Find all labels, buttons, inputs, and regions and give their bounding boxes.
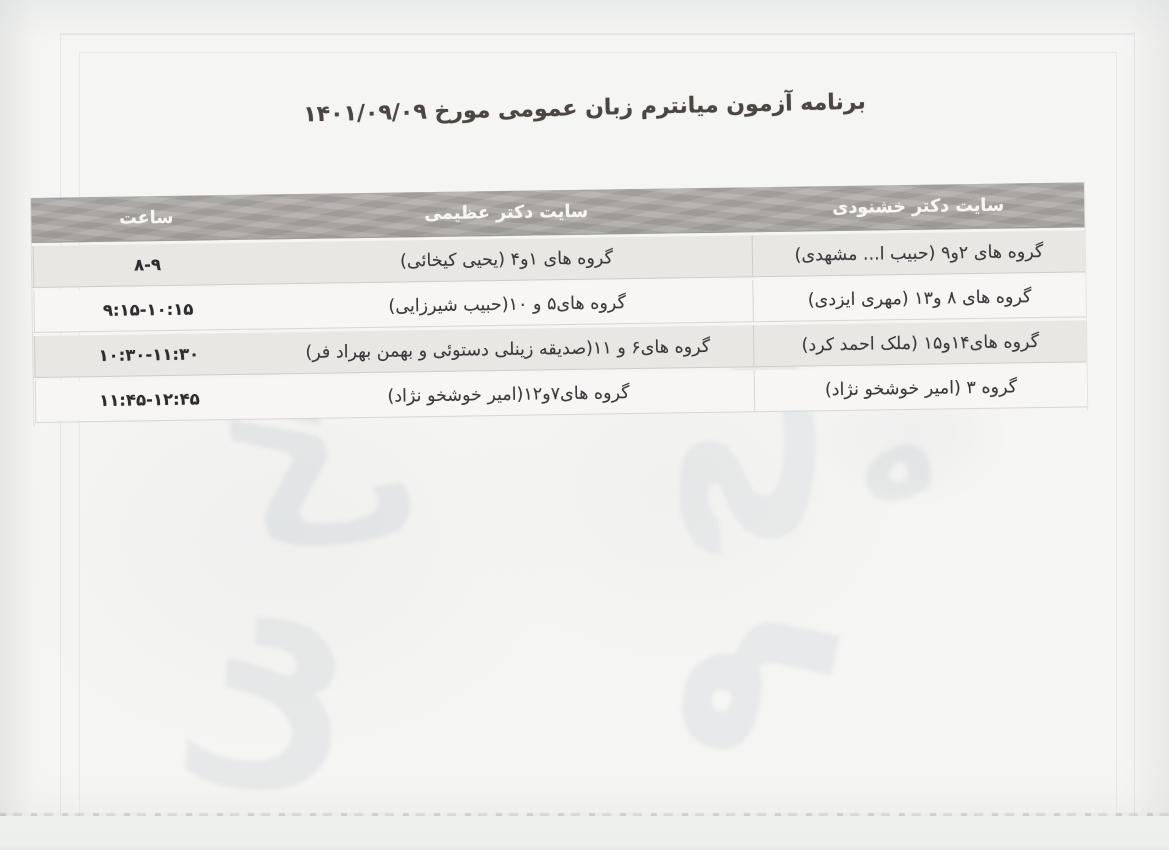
azimi-groups-cell: گروه های۵ و ۱۰(حبیب شیرزایی) [261, 280, 754, 328]
khoshnoudi-groups-cell: گروه ۳ (امیر خوشخو نژاد) [755, 365, 1088, 411]
time-cell: ۱۱:۴۵-۱۲:۴۵ [35, 378, 264, 422]
time-cell: ۹:۱۵-۱۰:۱۵ [33, 288, 262, 332]
time-cell: ۸-۹ [33, 243, 262, 287]
time-cell: ۱۰:۳۰-۱۱:۳۰ [34, 333, 263, 377]
azimi-groups-cell: گروه های۶ و ۱۱(صدیقه زینلی دستوئی و بهمن… [262, 325, 755, 373]
page-title: برنامه آزمون میانترم زبان عمومی مورخ ۱۴۰… [0, 83, 1169, 135]
azimi-groups-cell: گروه های۷و۱۲(امیر خوشخو نژاد) [263, 370, 756, 418]
watermark-showthrough-glyph: م [564, 569, 824, 782]
watermark-showthrough-glyph: ع [194, 541, 370, 781]
scanner-background [0, 816, 1169, 850]
scanned-document-view: گ ع ی م ه برنامه آزمون میانترم زبان عموم… [0, 0, 1169, 850]
khoshnoudi-groups-cell: گروه های۱۴و۱۵ (ملک احمد کرد) [754, 320, 1087, 366]
azimi-groups-cell: گروه های ۱و۴ (یحیی کیخائی) [261, 235, 754, 283]
column-header-time: ساعت [32, 195, 261, 242]
khoshnoudi-groups-cell: گروه های ۲و۹ (حبیب ا... مشهدی) [753, 230, 1086, 276]
column-header-azimi-site: سایت دکتر عظیمی [260, 187, 753, 238]
schedule-table: سایت دکتر خشنودی سایت دکتر عظیمی ساعت گر… [30, 182, 1088, 426]
column-header-khoshnoudi-site: سایت دکتر خشنودی [752, 182, 1085, 231]
paper-sheet: گ ع ی م ه برنامه آزمون میانترم زبان عموم… [0, 0, 1169, 816]
khoshnoudi-groups-cell: گروه های ۸ و۱۳ (مهری ایزدی) [753, 275, 1086, 321]
